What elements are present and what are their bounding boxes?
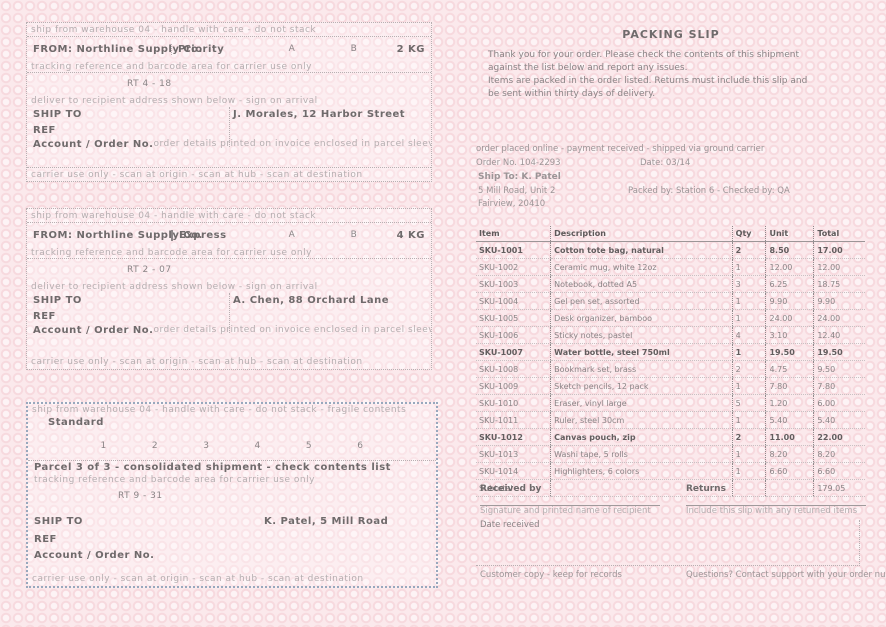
table-cell: Ceramic mug, white 12oz — [551, 259, 733, 276]
label-sender: FROM: Northline Supply Co. — [33, 44, 171, 55]
shipping-label-3-selected[interactable]: ship from warehouse 04 - handle with car… — [26, 402, 438, 588]
table-cell: 8.20 — [814, 446, 865, 463]
label-recipient: K. Patel, 5 Mill Road — [264, 516, 388, 527]
label-route-code: RT 2 - 07 — [27, 261, 431, 279]
column-header: Qty — [732, 226, 766, 242]
label-account: Account / Order No. — [28, 548, 436, 562]
support-note: Questions? Contact support with your ord… — [686, 570, 886, 580]
table-cell: Cotton tote bag, natural — [551, 242, 733, 259]
table-cell: SKU-1002 — [476, 259, 551, 276]
signature-line — [480, 494, 660, 506]
table-row: SKU-1006Sticky notes, pastel43.1012.40 — [476, 327, 865, 344]
label-footer: carrier use only - scan at origin - scan… — [27, 355, 431, 369]
table-row: SKU-1010Eraser, vinyl large51.206.00 — [476, 395, 865, 412]
items-table: ItemDescriptionQtyUnitTotal SKU-1001Cott… — [476, 226, 865, 497]
table-row: SKU-1014Highlighters, 6 colors16.606.60 — [476, 463, 865, 480]
label-route-line: tracking reference and barcode area for … — [27, 247, 431, 259]
table-cell: 4.75 — [766, 361, 814, 378]
received-by-title: Received by — [480, 484, 660, 494]
label-mark: 5 — [283, 441, 334, 451]
column-header: Total — [814, 226, 865, 242]
table-cell: 7.80 — [814, 378, 865, 395]
table-cell: 5.40 — [766, 412, 814, 429]
label-ref: REF — [28, 532, 436, 546]
label-recipient: J. Morales, 12 Harbor Street — [233, 109, 405, 120]
table-cell: Washi tape, 5 rolls — [551, 446, 733, 463]
table-row: SKU-1012Canvas pouch, zip211.0022.00 — [476, 429, 865, 446]
packed-note: Packed by: Station 6 - Checked by: QA — [628, 186, 790, 196]
label-to: SHIP TO J. Morales, 12 Harbor Street — [27, 107, 431, 121]
table-row: SKU-1009Sketch pencils, 12 pack17.807.80 — [476, 378, 865, 395]
table-cell: 2 — [732, 361, 766, 378]
column-header: Unit — [766, 226, 814, 242]
label-account-line: order details printed on invoice enclose… — [153, 325, 431, 335]
label-footer: carrier use only - scan at origin - scan… — [28, 572, 436, 586]
label-mark: 4 — [232, 441, 283, 451]
label-weight: 4 KG — [385, 230, 425, 241]
label-mark-b: B — [323, 44, 385, 54]
table-cell: 1 — [732, 446, 766, 463]
order-number: Order No. 104-2293 — [476, 158, 561, 168]
table-cell: 1 — [732, 344, 766, 361]
label-to: SHIP TO A. Chen, 88 Orchard Lane — [27, 293, 431, 307]
table-cell: SKU-1005 — [476, 310, 551, 327]
label-mark: 3 — [181, 441, 232, 451]
table-cell: 7.80 — [766, 378, 814, 395]
table-cell: SKU-1009 — [476, 378, 551, 395]
order-date: Date: 03/14 — [640, 158, 690, 168]
table-cell: SKU-1014 — [476, 463, 551, 480]
label-address-header: deliver to recipient address shown below… — [27, 281, 431, 293]
table-cell: 12.00 — [766, 259, 814, 276]
table-cell: 5.40 — [814, 412, 865, 429]
table-cell: 19.50 — [766, 344, 814, 361]
label-mark-b: B — [323, 230, 385, 240]
table-cell: 24.00 — [814, 310, 865, 327]
table-cell: Eraser, vinyl large — [551, 395, 733, 412]
table-cell: SKU-1008 — [476, 361, 551, 378]
document-meta-line: order placed online - payment received -… — [476, 144, 764, 154]
table-cell: Notebook, dotted A5 — [551, 276, 733, 293]
table-cell: 6.60 — [766, 463, 814, 480]
table-cell: 1 — [732, 259, 766, 276]
table-cell: 1 — [732, 293, 766, 310]
label-to: SHIP TO K. Patel, 5 Mill Road — [28, 514, 436, 528]
shipping-label-1: ship from warehouse 04 - handle with car… — [26, 22, 432, 182]
document-paragraph: Thank you for your order. Please check t… — [488, 49, 866, 101]
table-cell: 1.20 — [766, 395, 814, 412]
table-cell: 2 — [732, 242, 766, 259]
table-cell: 8.50 — [766, 242, 814, 259]
table-cell: 1 — [732, 378, 766, 395]
table-cell: 9.90 — [766, 293, 814, 310]
label-weight: 2 KG — [385, 44, 425, 55]
column-header: Item — [476, 226, 551, 242]
label-recipient: A. Chen, 88 Orchard Lane — [233, 295, 389, 306]
table-cell: SKU-1004 — [476, 293, 551, 310]
label-top-note: ship from warehouse 04 - handle with car… — [27, 209, 431, 223]
table-cell: 19.50 — [814, 344, 865, 361]
label-sender: Standard — [28, 414, 436, 430]
label-route-code: RT 9 - 31 — [28, 488, 436, 504]
table-cell: 6.25 — [766, 276, 814, 293]
table-cell: SKU-1011 — [476, 412, 551, 429]
table-cell: 22.00 — [814, 429, 865, 446]
table-cell: 2 — [732, 429, 766, 446]
label-account-line: order details printed on invoice enclose… — [153, 139, 431, 149]
label-mark: 2 — [129, 441, 180, 451]
label-route-line: tracking reference and barcode area for … — [27, 61, 431, 73]
table-cell: 8.20 — [766, 446, 814, 463]
table-cell: 24.00 — [766, 310, 814, 327]
table-row: SKU-1008Bookmark set, brass24.759.50 — [476, 361, 865, 378]
table-row: SKU-1013Washi tape, 5 rolls18.208.20 — [476, 446, 865, 463]
table-row: SKU-1005Desk organizer, bamboo124.0024.0… — [476, 310, 865, 327]
returns-note: Include this slip with any returned item… — [686, 506, 866, 516]
label-top-note: ship from warehouse 04 - handle with car… — [27, 23, 431, 37]
table-cell: 5 — [732, 395, 766, 412]
table-cell: SKU-1012 — [476, 429, 551, 446]
label-account: Account / Order No. — [33, 139, 153, 150]
returns-title: Returns — [686, 484, 866, 494]
table-cell: Canvas pouch, zip — [551, 429, 733, 446]
ship-to-address: 5 Mill Road, Unit 2 — [478, 186, 555, 196]
label-account: Account / Order No. — [33, 325, 153, 336]
table-cell: Sticky notes, pastel — [551, 327, 733, 344]
table-row: SKU-1003Notebook, dotted A536.2518.75 — [476, 276, 865, 293]
label-mark: 6 — [335, 441, 386, 451]
label-service: Express — [171, 230, 261, 241]
ship-to-label: Ship To: K. Patel — [478, 172, 561, 182]
table-cell: 12.40 — [814, 327, 865, 344]
label-sender: FROM: Northline Supply Co. — [33, 230, 171, 241]
table-cell: 9.90 — [814, 293, 865, 310]
label-route-sub: tracking reference and barcode area for … — [28, 474, 436, 486]
label-footer: carrier use only - scan at origin - scan… — [27, 167, 431, 181]
table-cell: SKU-1013 — [476, 446, 551, 463]
table-cell: SKU-1003 — [476, 276, 551, 293]
table-cell: 4 — [732, 327, 766, 344]
table-cell: SKU-1006 — [476, 327, 551, 344]
ship-to-city: Fairview, 20410 — [478, 199, 545, 209]
label-route-line: Parcel 3 of 3 - consolidated shipment - … — [28, 460, 436, 474]
table-cell: 9.50 — [814, 361, 865, 378]
customer-copy-note: Customer copy - keep for records — [480, 570, 622, 580]
shipping-label-2: ship from warehouse 04 - handle with car… — [26, 208, 432, 370]
label-mark: 1 — [78, 441, 129, 451]
table-cell: 12.00 — [814, 259, 865, 276]
packing-slip: PACKING SLIP Thank you for your order. P… — [476, 28, 866, 101]
label-service: Priority — [171, 44, 261, 55]
label-mark-a: A — [261, 44, 323, 54]
table-cell: SKU-1007 — [476, 344, 551, 361]
table-cell: 6.60 — [814, 463, 865, 480]
table-cell: Ruler, steel 30cm — [551, 412, 733, 429]
label-mark-a: A — [261, 230, 323, 240]
table-row: SKU-1002Ceramic mug, white 12oz112.0012.… — [476, 259, 865, 276]
table-cell: Sketch pencils, 12 pack — [551, 378, 733, 395]
table-cell: SKU-1010 — [476, 395, 551, 412]
table-cell: 6.00 — [814, 395, 865, 412]
table-cell: 1 — [732, 412, 766, 429]
table-row: SKU-1011Ruler, steel 30cm15.405.40 — [476, 412, 865, 429]
table-cell: 11.00 — [766, 429, 814, 446]
table-cell: 3 — [732, 276, 766, 293]
table-cell: 1 — [732, 310, 766, 327]
received-by-note: Signature and printed name of recipient — [480, 506, 660, 516]
table-cell: 1 — [732, 463, 766, 480]
table-cell: SKU-1001 — [476, 242, 551, 259]
table-row: SKU-1004Gel pen set, assorted19.909.90 — [476, 293, 865, 310]
table-cell: 3.10 — [766, 327, 814, 344]
column-header: Description — [551, 226, 733, 242]
table-row: SKU-1007Water bottle, steel 750ml119.501… — [476, 344, 865, 361]
label-route-code: RT 4 - 18 — [27, 75, 431, 93]
label-ref: REF — [27, 123, 431, 137]
table-cell: 18.75 — [814, 276, 865, 293]
table-cell: Gel pen set, assorted — [551, 293, 733, 310]
label-ref: REF — [27, 309, 431, 323]
table-cell: 17.00 — [814, 242, 865, 259]
document-title: PACKING SLIP — [476, 28, 866, 41]
table-cell: Highlighters, 6 colors — [551, 463, 733, 480]
table-cell: Water bottle, steel 750ml — [551, 344, 733, 361]
label-address-header: deliver to recipient address shown below… — [27, 95, 431, 107]
table-cell: Desk organizer, bamboo — [551, 310, 733, 327]
table-row: SKU-1001Cotton tote bag, natural28.5017.… — [476, 242, 865, 259]
table-cell: Bookmark set, brass — [551, 361, 733, 378]
